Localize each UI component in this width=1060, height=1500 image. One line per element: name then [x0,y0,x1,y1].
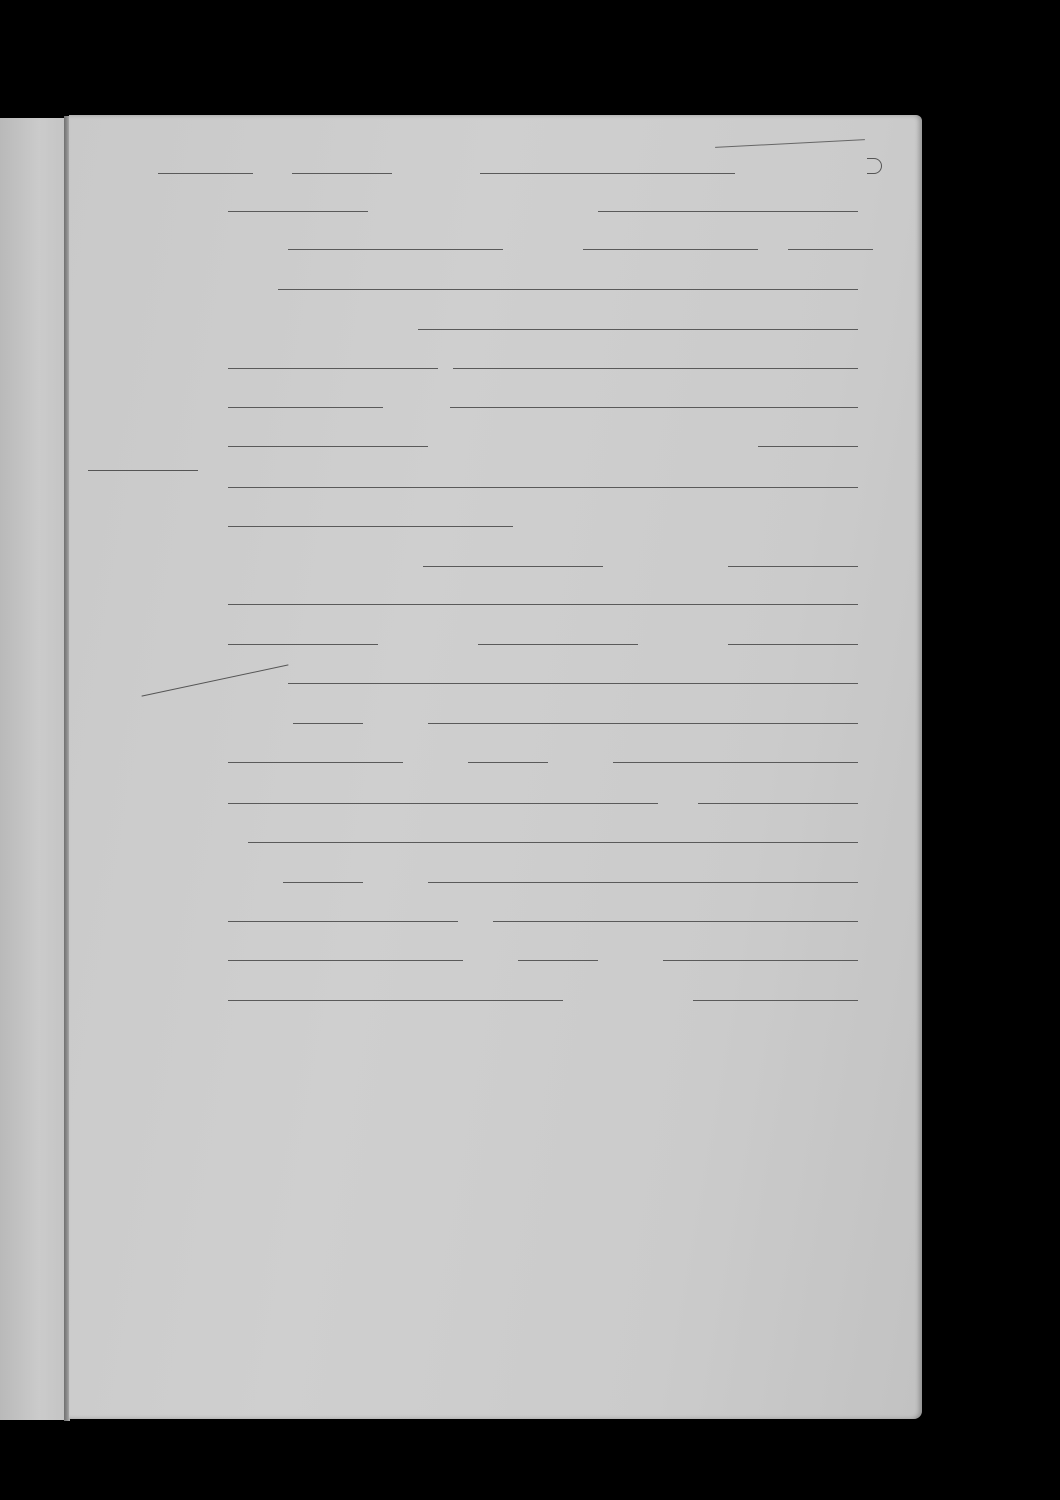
underline [228,803,658,804]
underline [423,566,603,567]
underline [278,289,858,290]
form-row-4 [228,262,858,292]
margin-divider [88,470,198,471]
underline [453,368,858,369]
form-row-13 [228,617,858,647]
underline [478,644,638,645]
form-row-16 [228,735,863,765]
underline [493,921,858,922]
form-row-14 [228,656,858,686]
underline [228,487,858,488]
underline [613,762,858,763]
underline [228,407,383,408]
form-row-3 [228,222,873,252]
underline [518,960,598,961]
underline [288,683,858,684]
form-row-17 [228,776,858,806]
underline [418,329,858,330]
form-row-20 [228,894,858,924]
underline [663,960,858,961]
underline [228,644,378,645]
form-row-22 [228,973,858,1003]
underline [292,173,392,174]
form-row-11 [228,539,858,569]
underline [228,526,513,527]
underline [728,644,858,645]
underline [428,723,858,724]
underline [758,446,858,447]
underline [693,1000,858,1001]
underline [480,173,735,174]
underline [450,407,858,408]
form-row-23 [228,1012,858,1042]
underline [283,882,363,883]
form-row-18 [228,815,858,845]
form-row-19 [228,855,858,885]
form-row-10 [228,499,863,529]
form-row-21 [228,933,858,963]
underline [228,921,458,922]
form-row-1 [262,146,872,176]
underline [228,368,438,369]
underline [788,249,873,250]
form-row-2 [228,184,858,214]
underline [728,566,858,567]
underline [248,842,858,843]
underline [583,249,758,250]
form-row-12 [228,577,858,607]
underline [698,803,858,804]
underline [158,173,253,174]
underline [288,249,503,250]
form-row-15 [228,696,858,726]
underline [468,762,548,763]
record-number-field [158,146,258,176]
underline [228,604,858,605]
underline [228,960,463,961]
underline [228,762,403,763]
underline [228,446,428,447]
underline [598,211,858,212]
form-row-6 [228,341,858,371]
facing-page [0,118,66,1420]
underline [293,723,363,724]
underline [228,211,368,212]
form-row-8 [228,419,863,449]
form-row-9 [228,460,858,490]
form-row-7 [228,380,858,410]
underline [428,882,858,883]
underline [228,1000,563,1001]
form-row-5 [228,302,858,332]
